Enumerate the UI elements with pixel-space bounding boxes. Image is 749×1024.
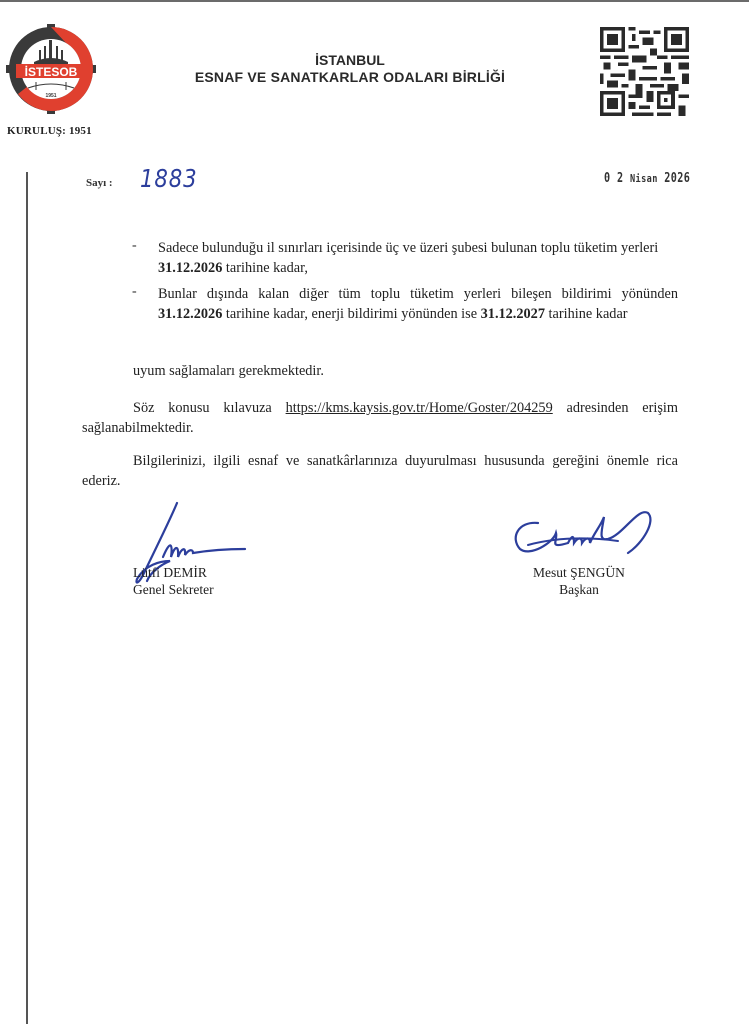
date-year: 2026 bbox=[664, 171, 690, 186]
signatory-name: Mesut ŞENGÜN bbox=[514, 564, 644, 581]
closing-paragraph: Bilgilerinizi, ilgili esnaf ve sanatkârl… bbox=[82, 451, 678, 491]
svg-text:1951: 1951 bbox=[45, 93, 56, 99]
istesob-logo-icon: İSTESOB 1951 bbox=[6, 24, 96, 114]
org-name: ESNAF VE SANATKARLAR ODALARI BİRLİĞİ bbox=[150, 69, 550, 86]
deadline-date: 31.12.2026 bbox=[158, 306, 222, 322]
signatory-name: Lütfi DEMİR bbox=[133, 564, 214, 581]
bullet-marker: - bbox=[132, 238, 137, 254]
date-stamp: 0 2 Nisan 2026 bbox=[604, 171, 690, 186]
compliance-paragraph: uyum sağlamaları gerekmektedir. bbox=[133, 361, 678, 381]
organization-title: İSTANBUL ESNAF VE SANATKARLAR ODALARI Bİ… bbox=[150, 52, 550, 86]
signature-right-icon bbox=[508, 503, 658, 563]
signatory-title: Başkan bbox=[514, 581, 644, 598]
svg-text:İSTESOB: İSTESOB bbox=[25, 64, 78, 79]
bullet-marker: - bbox=[132, 284, 137, 300]
date-day: 0 2 bbox=[604, 171, 623, 186]
deadline-date: 31.12.2027 bbox=[481, 306, 545, 322]
org-city: İSTANBUL bbox=[150, 52, 550, 69]
founded-year: KURULUŞ: 1951 bbox=[7, 125, 92, 137]
signatory-2: Mesut ŞENGÜN Başkan bbox=[514, 564, 644, 598]
guide-link[interactable]: https://kms.kaysis.gov.tr/Home/Goster/20… bbox=[286, 400, 553, 416]
guide-paragraph: Söz konusu kılavuza https://kms.kaysis.g… bbox=[82, 398, 678, 438]
reference-label: Sayı : bbox=[86, 177, 113, 189]
qr-code-icon[interactable] bbox=[600, 27, 689, 116]
signatory-1: Lütfi DEMİR Genel Sekreter bbox=[133, 564, 214, 598]
deadline-date: 31.12.2026 bbox=[158, 260, 222, 276]
bullet-item-2: Bunlar dışında kalan diğer tüm toplu tük… bbox=[158, 284, 678, 324]
margin-rule bbox=[26, 172, 28, 1024]
bullet-item-1: Sadece bulunduğu il sınırları içerisinde… bbox=[158, 238, 678, 278]
date-month: Nisan bbox=[630, 172, 658, 185]
page-top-border bbox=[0, 0, 749, 2]
signatory-title: Genel Sekreter bbox=[133, 581, 214, 598]
reference-number-handwritten: 1883 bbox=[140, 164, 197, 193]
